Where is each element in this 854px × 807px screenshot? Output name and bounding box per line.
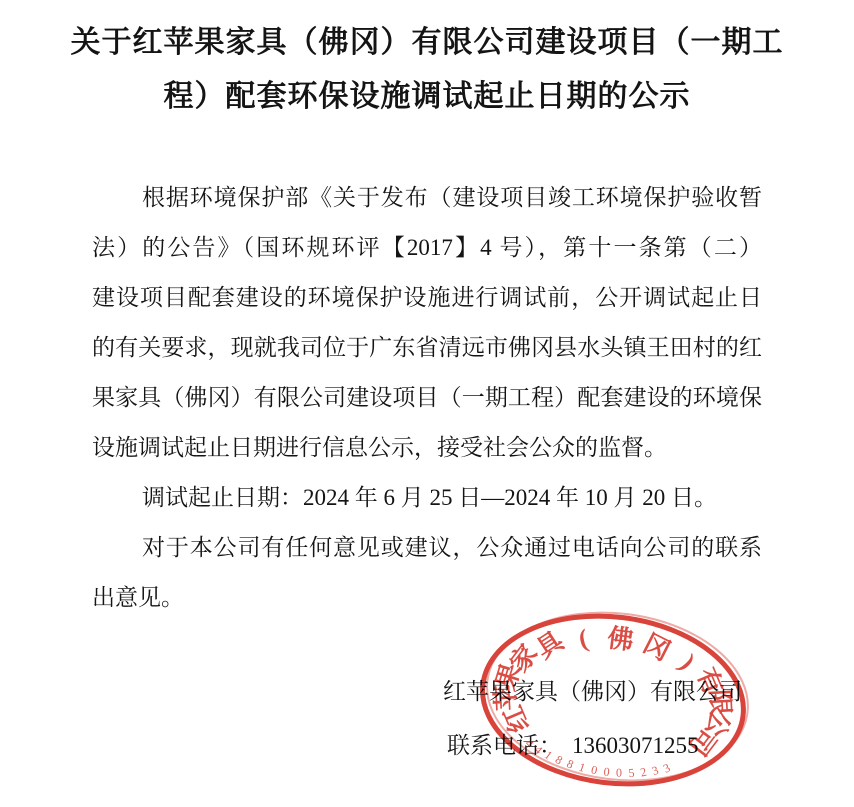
announcement-body: 根据环境保护部《关于发布（建设项目竣工环境保护验收暂行办法）的公告》（国环规环评…: [92, 173, 762, 623]
seal-code-digit: 1: [542, 748, 555, 763]
seal-code-digit: 1: [577, 760, 587, 775]
seal-name-glyph: 冈: [638, 629, 674, 667]
body-line: 对于本公司有任何意见或建议，公众通过电话向公司的联系人提: [92, 523, 762, 573]
seal-code-digit: 0: [616, 766, 622, 780]
seal-name-glyph: (: [576, 624, 591, 654]
body-line: 根据环境保护部《关于发布（建设项目竣工环境保护验收暂行办: [92, 173, 762, 223]
seal-code-digit: 4: [532, 743, 546, 757]
seal-name-glyph: 佛: [606, 623, 635, 655]
seal-code-digit: 0: [590, 762, 599, 777]
seal-code-digit: 8: [553, 752, 565, 767]
body-line: 建设项目配套建设的环境保护设施进行调试前，公开调试起止日期”: [92, 273, 762, 323]
body-line: 调试起止日期：2024 年 6 月 25 日—2024 年 10 月 20 日。: [92, 473, 762, 523]
announcement-page: 关于红苹果家具（佛冈）有限公司建设项目（一期工 程）配套环保设施调试起止日期的公…: [0, 0, 854, 807]
seal-code-digit: 0: [603, 764, 610, 779]
seal-code-digit: 2: [639, 765, 648, 780]
body-line: 设施调试起止日期进行信息公示，接受社会公众的监督。: [92, 423, 762, 473]
seal-code-digit: 5: [628, 765, 636, 780]
body-line: 法）的公告》（国环规环评【2017】4 号），第十一条第（二）项：“对: [92, 223, 762, 273]
title-line-2: 程）配套环保设施调试起止日期的公示: [40, 70, 814, 124]
seal-code-digit: 8: [565, 756, 576, 771]
body-line: 的有关要求，现就我司位于广东省清远市佛冈县水头镇王田村的红苹: [92, 323, 762, 373]
page-title: 关于红苹果家具（佛冈）有限公司建设项目（一期工 程）配套环保设施调试起止日期的公…: [40, 16, 814, 124]
seal-code-digit: 3: [661, 761, 672, 776]
title-line-1: 关于红苹果家具（佛冈）有限公司建设项目（一期工: [40, 16, 814, 70]
company-seal: 红苹果家具(佛冈)有限公司4418810005233: [463, 596, 763, 807]
seal-code-digit: 3: [650, 763, 660, 778]
body-line: 果家具（佛冈）有限公司建设项目（一期工程）配套建设的环境保护: [92, 373, 762, 423]
